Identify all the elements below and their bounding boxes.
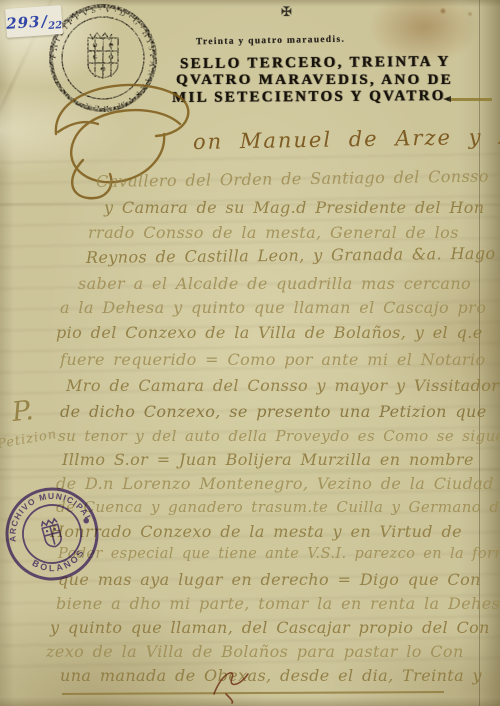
archive-stamp: ARCHIVO MUNICIPAL BOLAÑOS (2, 484, 102, 584)
printed-header-dash (450, 98, 492, 101)
seal-arms-icon (88, 33, 118, 78)
manuscript-line: a la Dehesa y quinto que llaman el Casca… (60, 298, 486, 317)
manuscript-line: de D.n Lorenzo Montenegro, Vezino de la … (56, 474, 494, 493)
manuscript-line: Cavallero del Orden de Santiago del Cons… (96, 167, 489, 191)
manuscript-line: fuere requerido = Como por ante mi el No… (60, 350, 486, 369)
archive-label-separator: / (41, 12, 48, 30)
manuscript-line: pio del Conzexo de la Villa de Bolaños, … (56, 323, 483, 342)
manuscript-line: de dicho Conzexo, se presento una Petizi… (60, 402, 487, 421)
printed-header-line: QVATRO MARAVEDIS, ANO DE (176, 72, 453, 89)
manuscript-line: Honrrado Conzexo de la mesta y en Virtud… (50, 522, 462, 541)
manuscript-line: Poder especial que tiene ante V.S.I. par… (58, 546, 500, 562)
archive-label: 293 / 22 (5, 5, 63, 38)
manuscript-line: su tenor y del auto della Proveydo es Co… (58, 427, 500, 445)
archive-label-subnumber: 22 (48, 20, 63, 32)
margin-note-word: Petizion (0, 427, 58, 452)
manuscript-line: Illmo S.or = Juan Bolijera Murzilla en n… (62, 450, 474, 469)
manuscript-line: y quinto que llaman, del Cascajar propio… (50, 618, 490, 637)
stamp-emblem-icon (41, 518, 63, 548)
manuscript-line: que mas aya lugar en derecho = Digo que … (58, 570, 481, 589)
manuscript-line: y Camara de su Mag.d Presidente del Hon (104, 198, 484, 217)
manuscript-line: biene a dho mi parte, tomar la en renta … (56, 594, 500, 613)
manuscript-page: PHILIPPVS·V·D·G·HISPANIARVM·REX· 293 / 2… (0, 0, 500, 706)
ink-squiggle (208, 664, 254, 704)
margin-note-initial: P. (10, 395, 34, 428)
printed-header-line: SELLO TERCERO, TREINTA Y (180, 54, 451, 73)
manuscript-line: saber a el Alcalde de quadrilla mas cerc… (78, 274, 471, 293)
cross-ornament-icon: ✠ (281, 5, 292, 20)
manuscript-line: zexo de la Villa de Bolaños para pastar … (46, 642, 464, 661)
manuscript-line: una manada de Obexas, desde el dia, Trei… (60, 666, 482, 685)
manuscript-line: rrado Consso de la mesta, General de los (88, 223, 459, 242)
printed-tax-line: Treinta y quatro marauedis. (196, 35, 345, 48)
manuscript-line: Mro de Camara del Consso y mayor y Vissi… (66, 376, 499, 395)
manuscript-line: on Manuel de Arze y Astete (193, 123, 500, 154)
printed-header-line: MIL SETECIENTOS Y QVATRO. (172, 88, 452, 107)
manuscript-line: Reynos de Castilla Leon, y Granada &a. H… (86, 244, 496, 267)
manuscript-line: de Cuenca y ganadero trasum.te Cuilla y … (56, 498, 500, 516)
archive-label-number: 293 (6, 12, 41, 32)
